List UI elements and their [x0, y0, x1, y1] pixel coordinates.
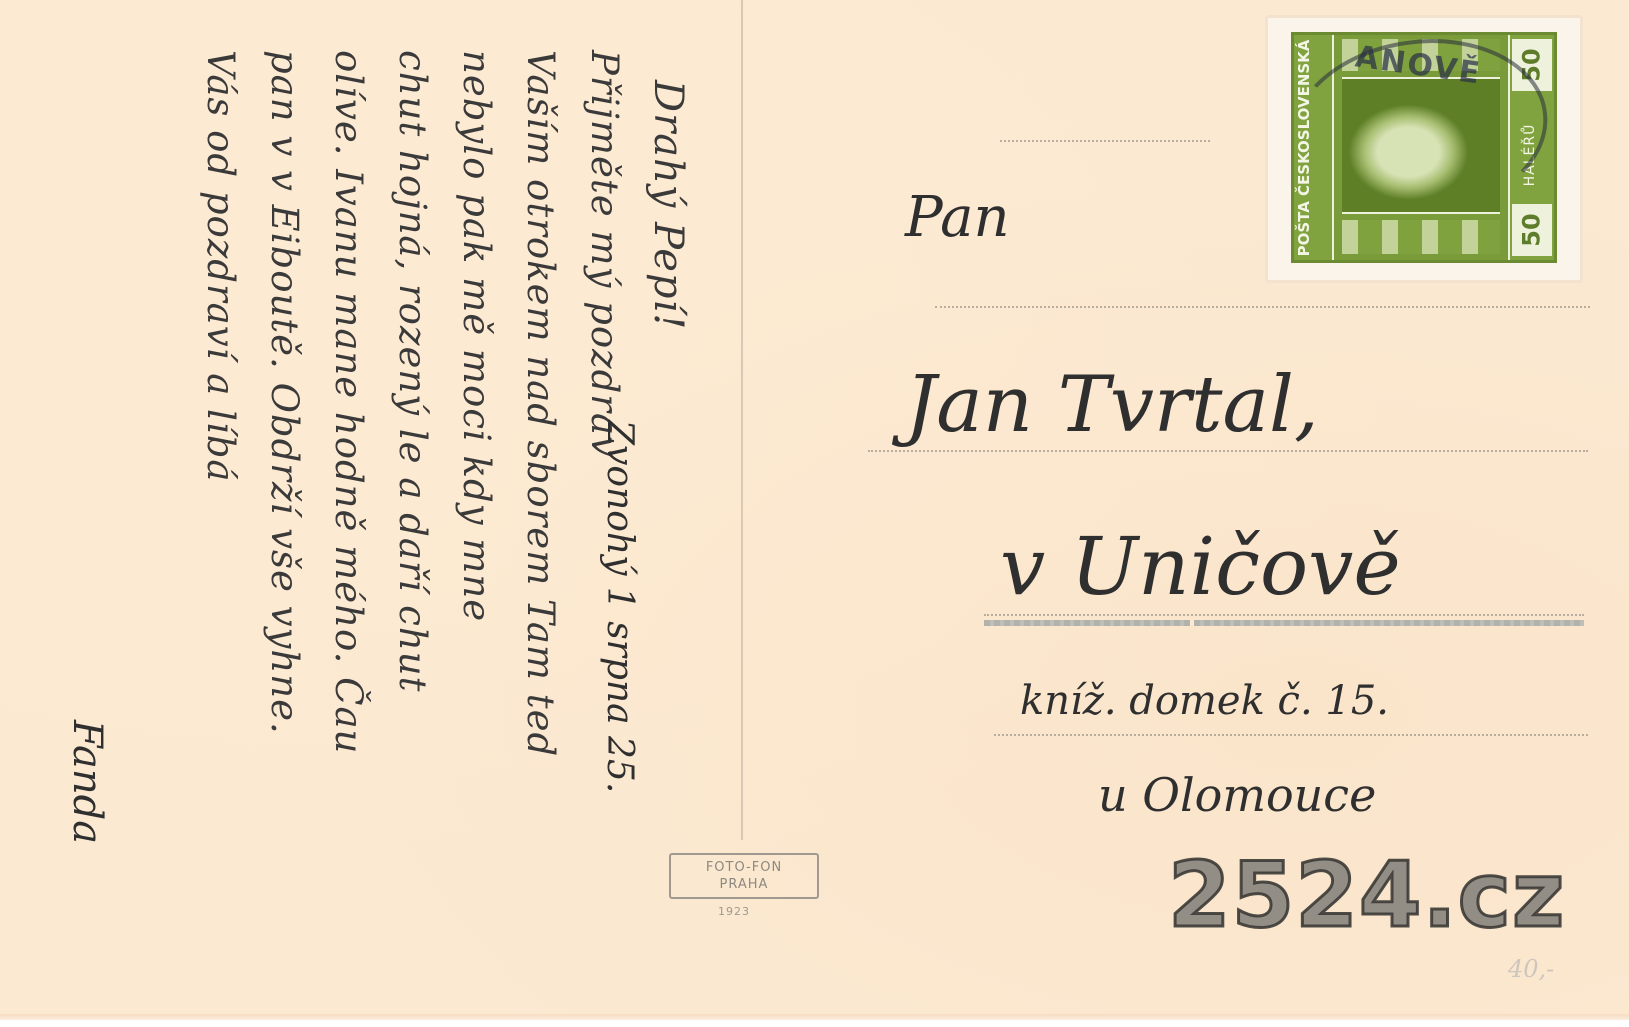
address-salutation: Pan	[905, 185, 1010, 250]
message-date: Zvonohý 1 srpna 25.	[599, 420, 640, 793]
address-rule	[984, 614, 1584, 616]
address-town: u Olomouce	[1098, 768, 1376, 822]
site-watermark: 2524.cz	[1168, 846, 1565, 946]
publisher-imprint: FOTO-FON PRAHA	[669, 853, 819, 899]
message-line: olíve. Ivanu mane hodně mého. Čau	[316, 50, 380, 1010]
stamp-leaf-ornament	[1342, 220, 1500, 254]
imprint-line1: FOTO-FON	[671, 859, 817, 876]
message-line: nebylo pak mě moci kdy mne	[444, 50, 508, 1010]
imprint-year: 1923	[718, 905, 750, 918]
message-signature: Fanda	[64, 720, 110, 844]
address-rule	[994, 734, 1588, 736]
address-rule	[935, 306, 1590, 308]
center-divider	[741, 0, 743, 840]
imprint-line2: PRAHA	[671, 876, 817, 893]
message-line: pan v v Eiboutě. Obdrží vše vyhne.	[252, 50, 316, 1010]
message-line: Vaším otrokem nad sborem Tam ted	[508, 50, 572, 1010]
address-street: kníž. domek č. 15.	[1020, 678, 1389, 724]
address-location: v Uničově	[1000, 520, 1401, 613]
message-line: Vás od pozdraví a líbá	[188, 50, 252, 1010]
double-rule	[984, 620, 1584, 626]
message-line: chut hojná, rozený le a daří chut	[380, 50, 444, 1010]
pencil-price-note: 40,-	[1508, 955, 1554, 983]
double-rule-gap	[1190, 620, 1194, 626]
postcard: Drahý Pepí! Přijměte mý pozdrav Vaším ot…	[0, 0, 1629, 1020]
address-rule	[868, 450, 1588, 452]
stamp-value-bottom: 50	[1512, 204, 1552, 256]
address-rule	[1000, 140, 1210, 142]
address-name: Jan Tvrtal,	[905, 360, 1319, 450]
